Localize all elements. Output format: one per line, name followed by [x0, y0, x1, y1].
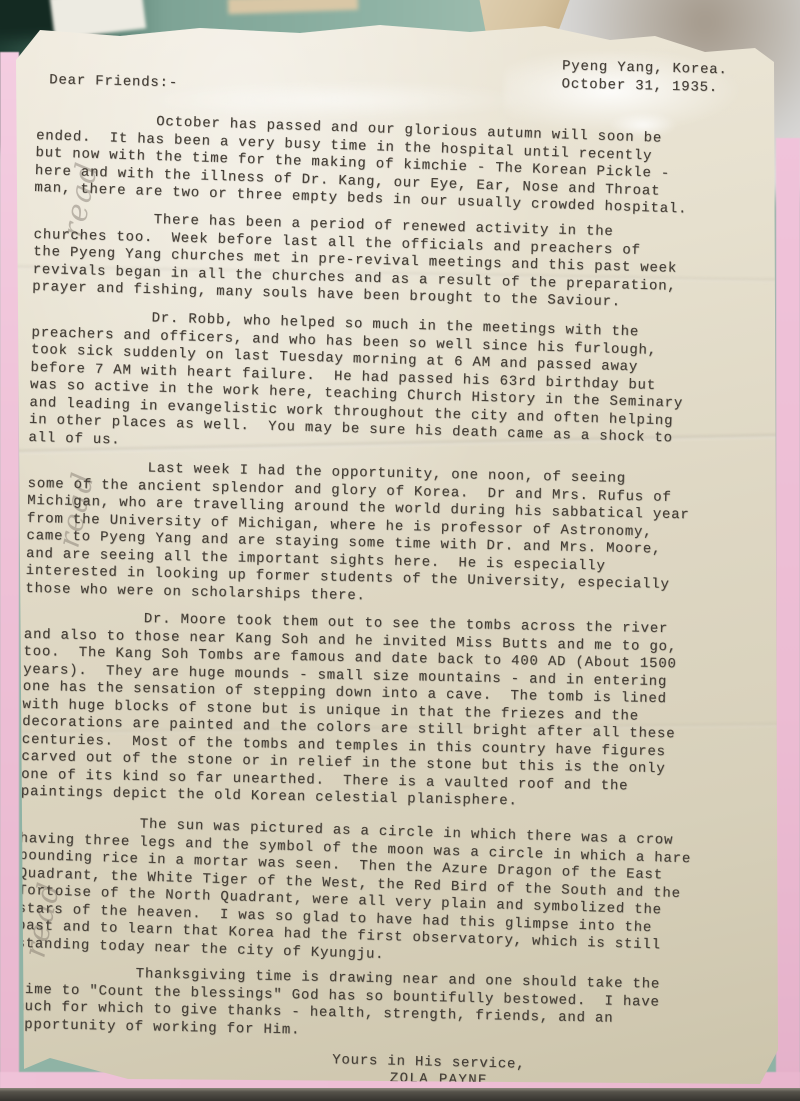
letter-paragraph: Dr. Robb, who helped so much in the meet…	[28, 307, 748, 468]
letter-paragraph: Last week I had the opportunity, one noo…	[25, 458, 744, 614]
table-edge	[0, 1088, 800, 1101]
letter-address-block: Pyeng Yang, Korea. October 31, 1935.	[561, 58, 727, 97]
letter-paragraph: The sun was pictured as a circle in whic…	[16, 812, 736, 974]
letter-date: October 31, 1935.	[561, 76, 727, 97]
photo-of-letter: read read read Pyeng Yang, Korea. Octobe…	[0, 0, 800, 1101]
pink-backing-right	[776, 138, 800, 1094]
letter-paper: read read read Pyeng Yang, Korea. Octobe…	[8, 22, 780, 1088]
letter-salutation: Dear Friends:-	[49, 72, 178, 93]
letter-paragraph: Thanksgiving time is drawing near and on…	[15, 963, 732, 1047]
pink-backing-left	[0, 52, 19, 1092]
letter-paragraph: Dr. Moore took them out to see the tombs…	[21, 609, 741, 815]
letter-paragraph: October has passed and our glorious autu…	[34, 110, 753, 221]
letter-paragraph: There has been a period of renewed activ…	[32, 208, 750, 314]
letter-body: Pyeng Yang, Korea. October 31, 1935. Dea…	[14, 46, 754, 1096]
